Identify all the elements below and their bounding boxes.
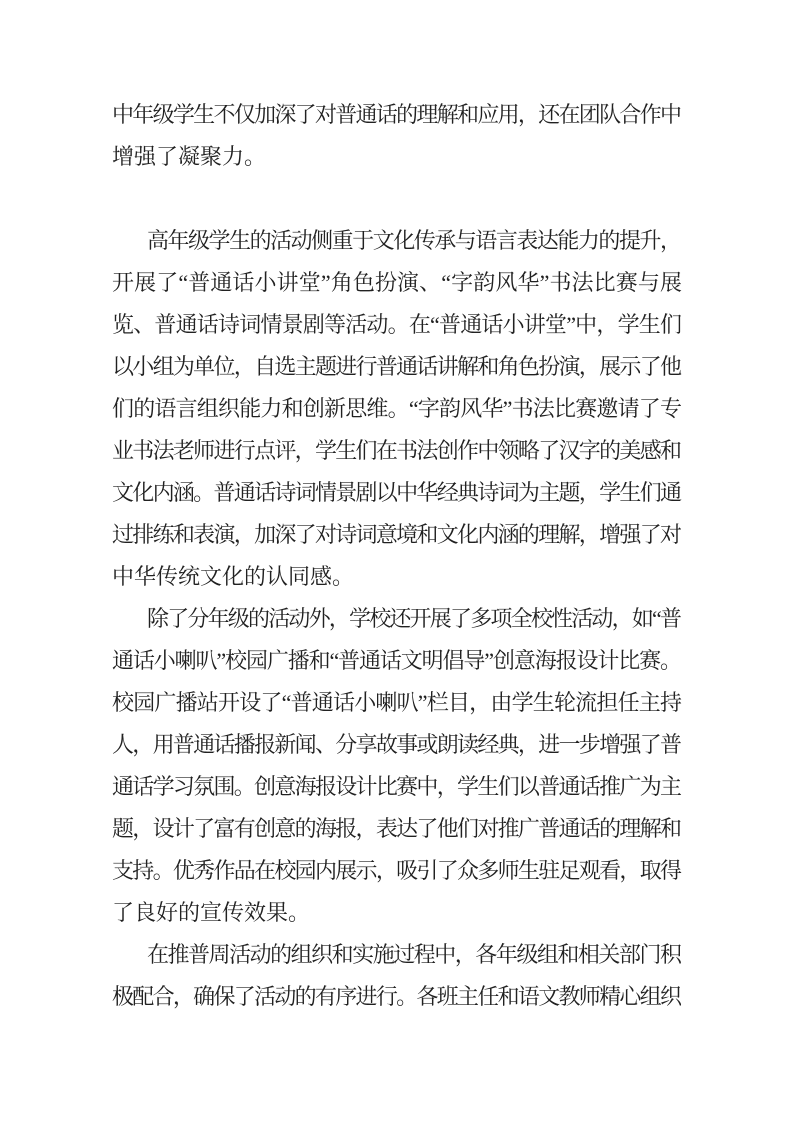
- text-line: 校园广播站开设了“普通话小喇叭”栏目，由学生轮流担任主持: [112, 682, 682, 724]
- text-run: 通话学习氛围。创意海报设计比赛中，学生们以普通话推广为主: [112, 766, 680, 808]
- document-page: 中年级学生不仅加深了对普通话的理解和应用，还在团队合作中 增强了凝聚力。 高年级…: [0, 0, 793, 1122]
- text-line: 了良好的宣传效果。: [112, 892, 682, 934]
- text-line: 通话小喇叭”校园广播和“普通话文明倡导”创意海报设计比赛。: [112, 640, 682, 682]
- text-line: 人，用普通话播报新闻、分享故事或朗读经典，进一步增强了普: [112, 724, 682, 766]
- text-line: 除了分年级的活动外，学校还开展了多项全校性活动，如“普: [147, 598, 682, 640]
- text-run: 题，设计了富有创意的海报，表达了他们对推广普通话的理解和: [112, 808, 680, 850]
- text-run: 人，用普通话播报新闻、分享故事或朗读经典，进一步增强了普: [112, 724, 680, 766]
- text-run: 通话小喇叭”校园广播和“普通话文明倡导”创意海报设计比赛。: [112, 640, 681, 682]
- text-line: 极配合，确保了活动的有序进行。各班主任和语文教师精心组织: [112, 976, 682, 1018]
- text-run: 了良好的宣传效果。: [112, 892, 310, 934]
- text-run: 极配合，确保了活动的有序进行。各班主任和语文教师精心组织: [112, 976, 680, 1018]
- text-line: 开展了“普通话小讲堂”角色扮演、“字韵风华”书法比赛与展: [112, 262, 682, 304]
- text-line: 中华传统文化的认同感。: [112, 556, 682, 598]
- text-line: 通话学习氛围。创意海报设计比赛中，学生们以普通话推广为主: [112, 766, 682, 808]
- text-line: 以小组为单位，自选主题进行普通话讲解和角色扮演，展示了他: [112, 346, 682, 388]
- text-line: 在推普周活动的组织和实施过程中，各年级组和相关部门积: [147, 934, 682, 976]
- text-run: 除了分年级的活动外，学校还开展了多项全校性活动，如“普: [147, 598, 680, 640]
- text-run: 以小组为单位，自选主题进行普通话讲解和角色扮演，展示了他: [112, 346, 680, 388]
- text-run: 高年级学生的活动侧重于文化传承与语言表达能力的提升，: [147, 220, 681, 262]
- text-run: 过排练和表演，加深了对诗词意境和文化内涵的理解，增强了对: [112, 514, 680, 556]
- text-run: 在推普周活动的组织和实施过程中，各年级组和相关部门积: [147, 934, 681, 976]
- text-run: 中华传统文化的认同感。: [112, 556, 354, 598]
- document-body-text: 中年级学生不仅加深了对普通话的理解和应用，还在团队合作中 增强了凝聚力。 高年级…: [112, 94, 682, 1018]
- text-line: 中年级学生不仅加深了对普通话的理解和应用，还在团队合作中: [112, 94, 682, 136]
- text-line: 过排练和表演，加深了对诗词意境和文化内涵的理解，增强了对: [112, 514, 682, 556]
- text-line: 题，设计了富有创意的海报，表达了他们对推广普通话的理解和: [112, 808, 682, 850]
- text-line: 业书法老师进行点评，学生们在书法创作中领略了汉字的美感和: [112, 430, 682, 472]
- text-line: 们的语言组织能力和创新思维。“字韵风华”书法比赛邀请了专: [112, 388, 682, 430]
- text-run: 文化内涵。普通话诗词情景剧以中华经典诗词为主题，学生们通: [112, 472, 680, 514]
- text-line: 高年级学生的活动侧重于文化传承与语言表达能力的提升，: [147, 220, 682, 262]
- text-run: 览、普通话诗词情景剧等活动。在“普通话小讲堂”中，学生们: [112, 304, 681, 346]
- text-run: 开展了“普通话小讲堂”角色扮演、“字韵风华”书法比赛与展: [112, 262, 682, 304]
- text-line: 支持。优秀作品在校园内展示，吸引了众多师生驻足观看，取得: [112, 850, 682, 892]
- text-run: 支持。优秀作品在校园内展示，吸引了众多师生驻足观看，取得: [112, 850, 680, 892]
- text-run: 增强了凝聚力。: [112, 136, 266, 178]
- text-run: 们的语言组织能力和创新思维。“字韵风华”书法比赛邀请了专: [112, 388, 681, 430]
- text-line: 增强了凝聚力。: [112, 136, 682, 178]
- text-line: 览、普通话诗词情景剧等活动。在“普通话小讲堂”中，学生们: [112, 304, 682, 346]
- blank-line: [112, 178, 682, 220]
- text-run: 校园广播站开设了“普通话小喇叭”栏目，由学生轮流担任主持: [112, 682, 681, 724]
- text-line: 文化内涵。普通话诗词情景剧以中华经典诗词为主题，学生们通: [112, 472, 682, 514]
- text-run: 业书法老师进行点评，学生们在书法创作中领略了汉字的美感和: [112, 430, 680, 472]
- text-run: 中年级学生不仅加深了对普通话的理解和应用，还在团队合作中: [112, 94, 680, 136]
